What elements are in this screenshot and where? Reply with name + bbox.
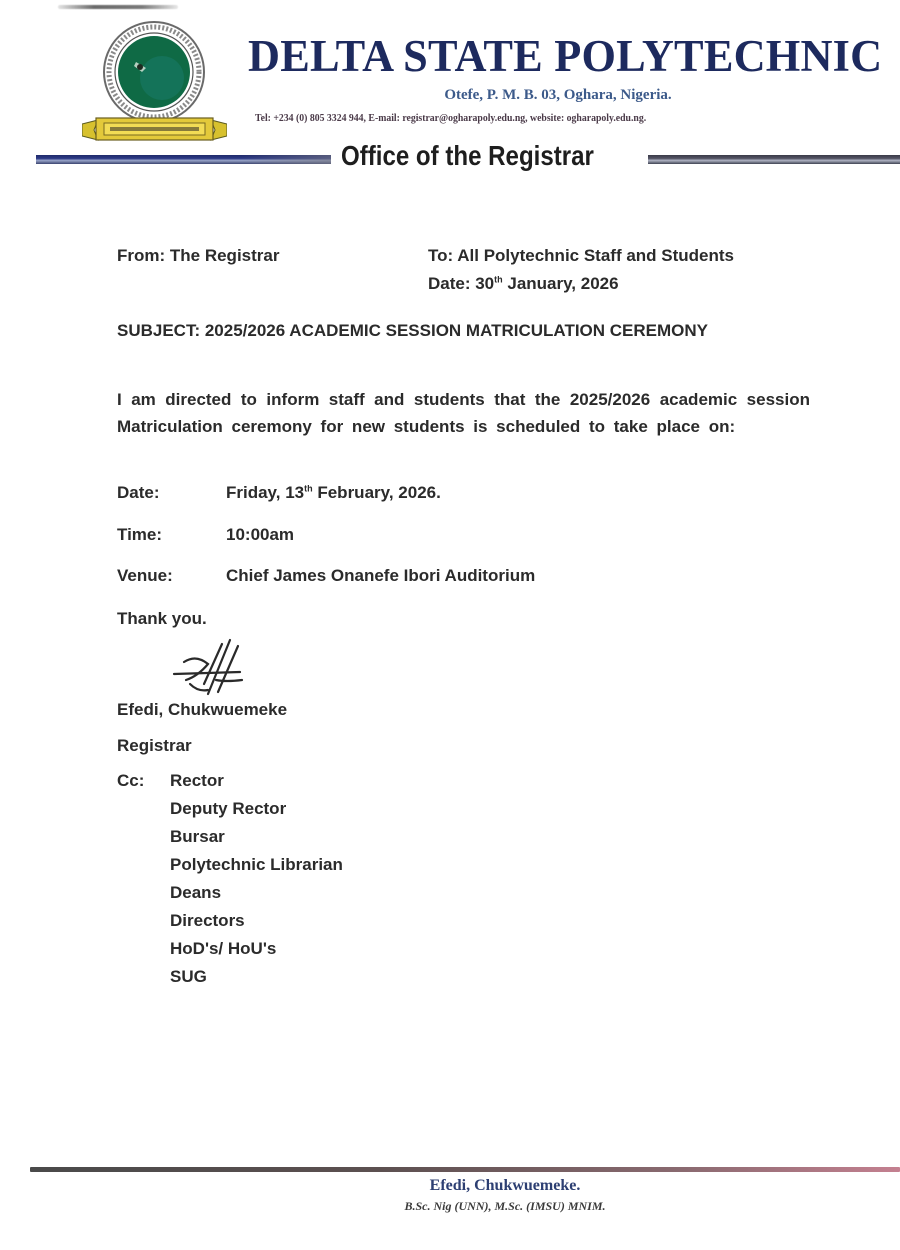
- detail-date-prefix: Friday, 13: [226, 483, 304, 502]
- decorative-rule-left: [36, 155, 331, 164]
- footer-registrar-qualifications: B.Sc. Nig (UNN), M.Sc. (IMSU) MNIM.: [0, 1200, 900, 1212]
- cc-item: Polytechnic Librarian: [170, 856, 343, 884]
- cc-item: Deputy Rector: [170, 800, 343, 828]
- cc-item: Bursar: [170, 828, 343, 856]
- detail-date-suffix: February, 2026.: [313, 483, 441, 502]
- office-banner: Office of the Registrar: [36, 140, 900, 180]
- detail-label-venue: Venue:: [117, 567, 173, 584]
- detail-value-time: 10:00am: [226, 526, 294, 543]
- signer-title: Registrar: [117, 737, 192, 754]
- institution-name: DELTA STATE POLYTECHNIC: [248, 34, 859, 79]
- cc-list: Rector Deputy Rector Bursar Polytechnic …: [170, 772, 343, 996]
- cc-item: Rector: [170, 772, 343, 800]
- decorative-rule-right: [648, 155, 900, 164]
- detail-label-time: Time:: [117, 526, 162, 543]
- footer-registrar-name: Efedi, Chukwuemeke.: [0, 1178, 900, 1194]
- cc-item: Directors: [170, 912, 343, 940]
- scan-artifact: [58, 5, 178, 9]
- closing-text: Thank you.: [117, 610, 207, 627]
- detail-label-date: Date:: [117, 484, 160, 501]
- cc-label: Cc:: [117, 772, 144, 789]
- cc-item: HoD's/ HoU's: [170, 940, 343, 968]
- memo-date-suffix: January, 2026: [503, 274, 619, 293]
- institution-contact: Tel: +234 (0) 805 3324 944, E-mail: regi…: [255, 114, 832, 125]
- memo-date: Date: 30th January, 2026: [428, 275, 619, 292]
- detail-value-date: Friday, 13th February, 2026.: [226, 484, 441, 501]
- memo-to: To: All Polytechnic Staff and Students: [428, 247, 734, 264]
- memo-from: From: The Registrar: [117, 247, 279, 264]
- detail-date-ordinal: th: [304, 483, 313, 493]
- signature-icon: [168, 636, 248, 702]
- memo-date-ordinal: th: [494, 274, 503, 284]
- institution-crest-icon: [82, 20, 227, 148]
- memo-subject: SUBJECT: 2025/2026 ACADEMIC SESSION MATR…: [117, 317, 757, 344]
- cc-item: Deans: [170, 884, 343, 912]
- institution-address: Otefe, P. M. B. 03, Oghara, Nigeria.: [248, 88, 868, 103]
- memo-body: I am directed to inform staff and studen…: [117, 386, 810, 440]
- cc-item: SUG: [170, 968, 343, 996]
- office-title: Office of the Registrar: [341, 142, 594, 170]
- footer-rule: [30, 1167, 900, 1172]
- signer-name: Efedi, Chukwuemeke: [117, 701, 287, 718]
- memo-date-prefix: Date: 30: [428, 274, 494, 293]
- detail-value-venue: Chief James Onanefe Ibori Auditorium: [226, 567, 535, 584]
